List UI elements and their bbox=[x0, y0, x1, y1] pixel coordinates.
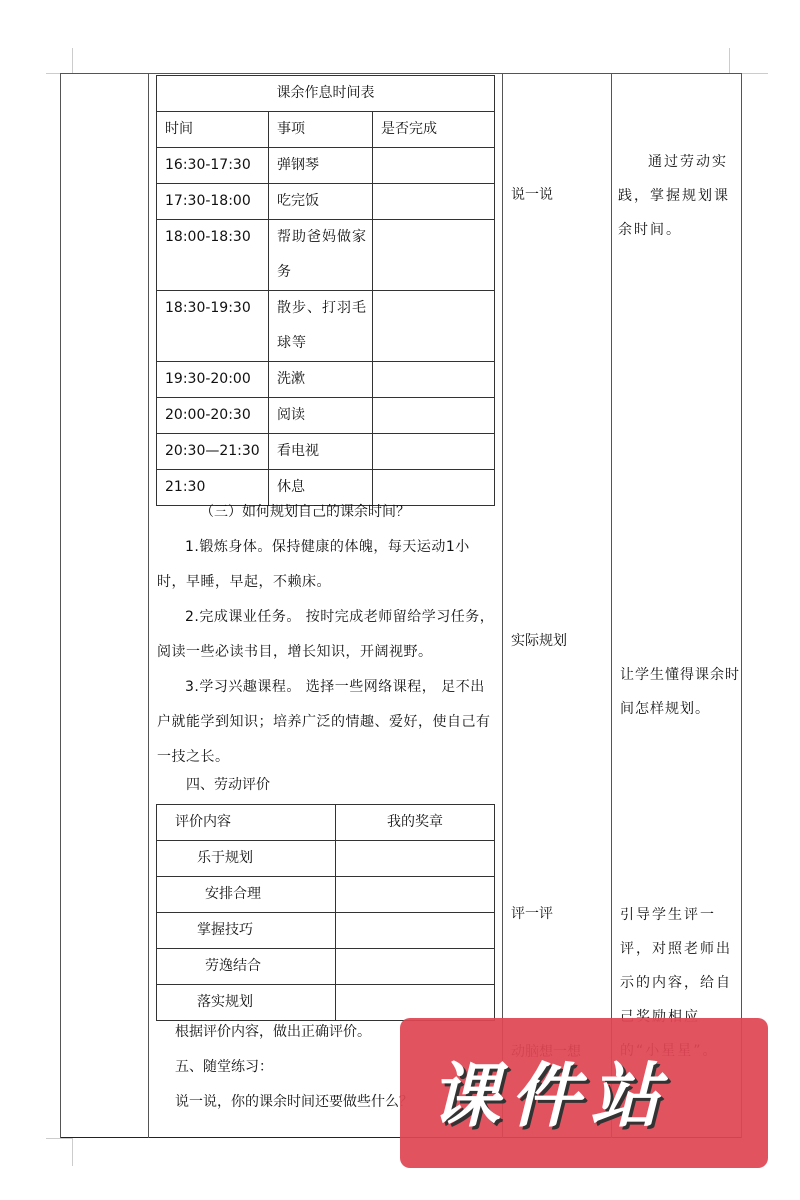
eval-item: 安排合理 bbox=[157, 877, 336, 913]
crop-mark bbox=[742, 73, 768, 74]
crop-mark bbox=[46, 1138, 72, 1139]
table-row: 安排合理 bbox=[157, 877, 495, 913]
eval-item: 乐于规划 bbox=[157, 841, 336, 877]
section4-heading: 四、劳动评价 bbox=[186, 768, 270, 803]
eval-header-content: 评价内容 bbox=[157, 805, 336, 841]
table-row: 劳逸结合 bbox=[157, 949, 495, 985]
schedule-table: 课余作息时间表 时间 事项 是否完成 16:30-17:30弹钢琴 17:30-… bbox=[156, 75, 495, 506]
section3-paragraph-2: 2.完成课业任务。 按时完成老师留给学习任务，阅读一些必读书目，增长知识，开阔视… bbox=[157, 600, 495, 670]
evaluation-table: 评价内容 我的奖章 乐于规划 安排合理 掌握技巧 劳逸结合 落实规划 bbox=[156, 804, 495, 1021]
item-cell: 看电视 bbox=[269, 434, 373, 470]
section3-heading: （三）如何规划自己的课余时间？ bbox=[200, 495, 410, 530]
time-cell: 20:00-20:30 bbox=[157, 398, 269, 434]
table-row: 掌握技巧 bbox=[157, 913, 495, 949]
section5-heading: 五、随堂练习： bbox=[175, 1050, 273, 1085]
item-cell: 洗漱 bbox=[269, 362, 373, 398]
table-row: 20:30—21:30看电视 bbox=[157, 434, 495, 470]
medal-cell[interactable] bbox=[336, 913, 495, 949]
time-cell: 17:30-18:00 bbox=[157, 184, 269, 220]
header-time: 时间 bbox=[157, 112, 269, 148]
eval-header-medal: 我的奖章 bbox=[336, 805, 495, 841]
eval-item: 劳逸结合 bbox=[157, 949, 336, 985]
activity-plan: 实际规划 bbox=[511, 624, 567, 659]
medal-cell[interactable] bbox=[336, 841, 495, 877]
done-cell[interactable] bbox=[373, 362, 495, 398]
medal-cell[interactable] bbox=[336, 877, 495, 913]
time-cell: 18:30-19:30 bbox=[157, 291, 269, 362]
done-cell[interactable] bbox=[373, 434, 495, 470]
table-row: 乐于规划 bbox=[157, 841, 495, 877]
header-item: 事项 bbox=[269, 112, 373, 148]
table-row: 17:30-18:00吃完饭 bbox=[157, 184, 495, 220]
header-done: 是否完成 bbox=[373, 112, 495, 148]
table-row: 18:00-18:30帮助爸妈做家务 bbox=[157, 220, 495, 291]
table-row: 20:00-20:30阅读 bbox=[157, 398, 495, 434]
done-cell[interactable] bbox=[373, 220, 495, 291]
section3-paragraph-3: 3.学习兴趣课程。 选择一些网络课程， 足不出户就能学到知识；培养广泛的情趣、爱… bbox=[157, 670, 495, 775]
watermark-text: 课件站 bbox=[430, 1040, 750, 1141]
done-cell[interactable] bbox=[373, 148, 495, 184]
medal-cell[interactable] bbox=[336, 949, 495, 985]
time-cell: 20:30—21:30 bbox=[157, 434, 269, 470]
crop-mark bbox=[729, 48, 730, 74]
activity-evaluate: 评一评 bbox=[511, 897, 553, 932]
time-cell: 18:00-18:30 bbox=[157, 220, 269, 291]
intent-2: 让学生懂得课余时间怎样规划。 bbox=[620, 658, 740, 726]
schedule-title: 课余作息时间表 bbox=[157, 76, 495, 112]
item-cell: 吃完饭 bbox=[269, 184, 373, 220]
section3-paragraph-1: 1.锻炼身体。保持健康的体魄，每天运动1小时，早睡，早起，不赖床。 bbox=[157, 530, 495, 600]
section5-question: 说一说，你的课余时间还要做些什么？ bbox=[175, 1085, 413, 1120]
done-cell[interactable] bbox=[373, 398, 495, 434]
activity-talk: 说一说 bbox=[511, 178, 553, 213]
time-cell: 16:30-17:30 bbox=[157, 148, 269, 184]
item-cell: 阅读 bbox=[269, 398, 373, 434]
crop-mark bbox=[72, 1138, 73, 1166]
item-cell: 散步、打羽毛球等 bbox=[269, 291, 373, 362]
done-cell[interactable] bbox=[373, 184, 495, 220]
done-cell[interactable] bbox=[373, 291, 495, 362]
eval-item: 掌握技巧 bbox=[157, 913, 336, 949]
item-cell: 弹钢琴 bbox=[269, 148, 373, 184]
table-row: 19:30-20:00洗漱 bbox=[157, 362, 495, 398]
crop-mark bbox=[72, 48, 73, 74]
intent-1: 通过劳动实践，掌握规划课余时间。 bbox=[618, 145, 738, 247]
time-cell: 19:30-20:00 bbox=[157, 362, 269, 398]
table-row: 16:30-17:30弹钢琴 bbox=[157, 148, 495, 184]
item-cell: 帮助爸妈做家务 bbox=[269, 220, 373, 291]
table-row: 18:30-19:30散步、打羽毛球等 bbox=[157, 291, 495, 362]
evaluation-note: 根据评价内容，做出正确评价。 bbox=[175, 1015, 371, 1050]
